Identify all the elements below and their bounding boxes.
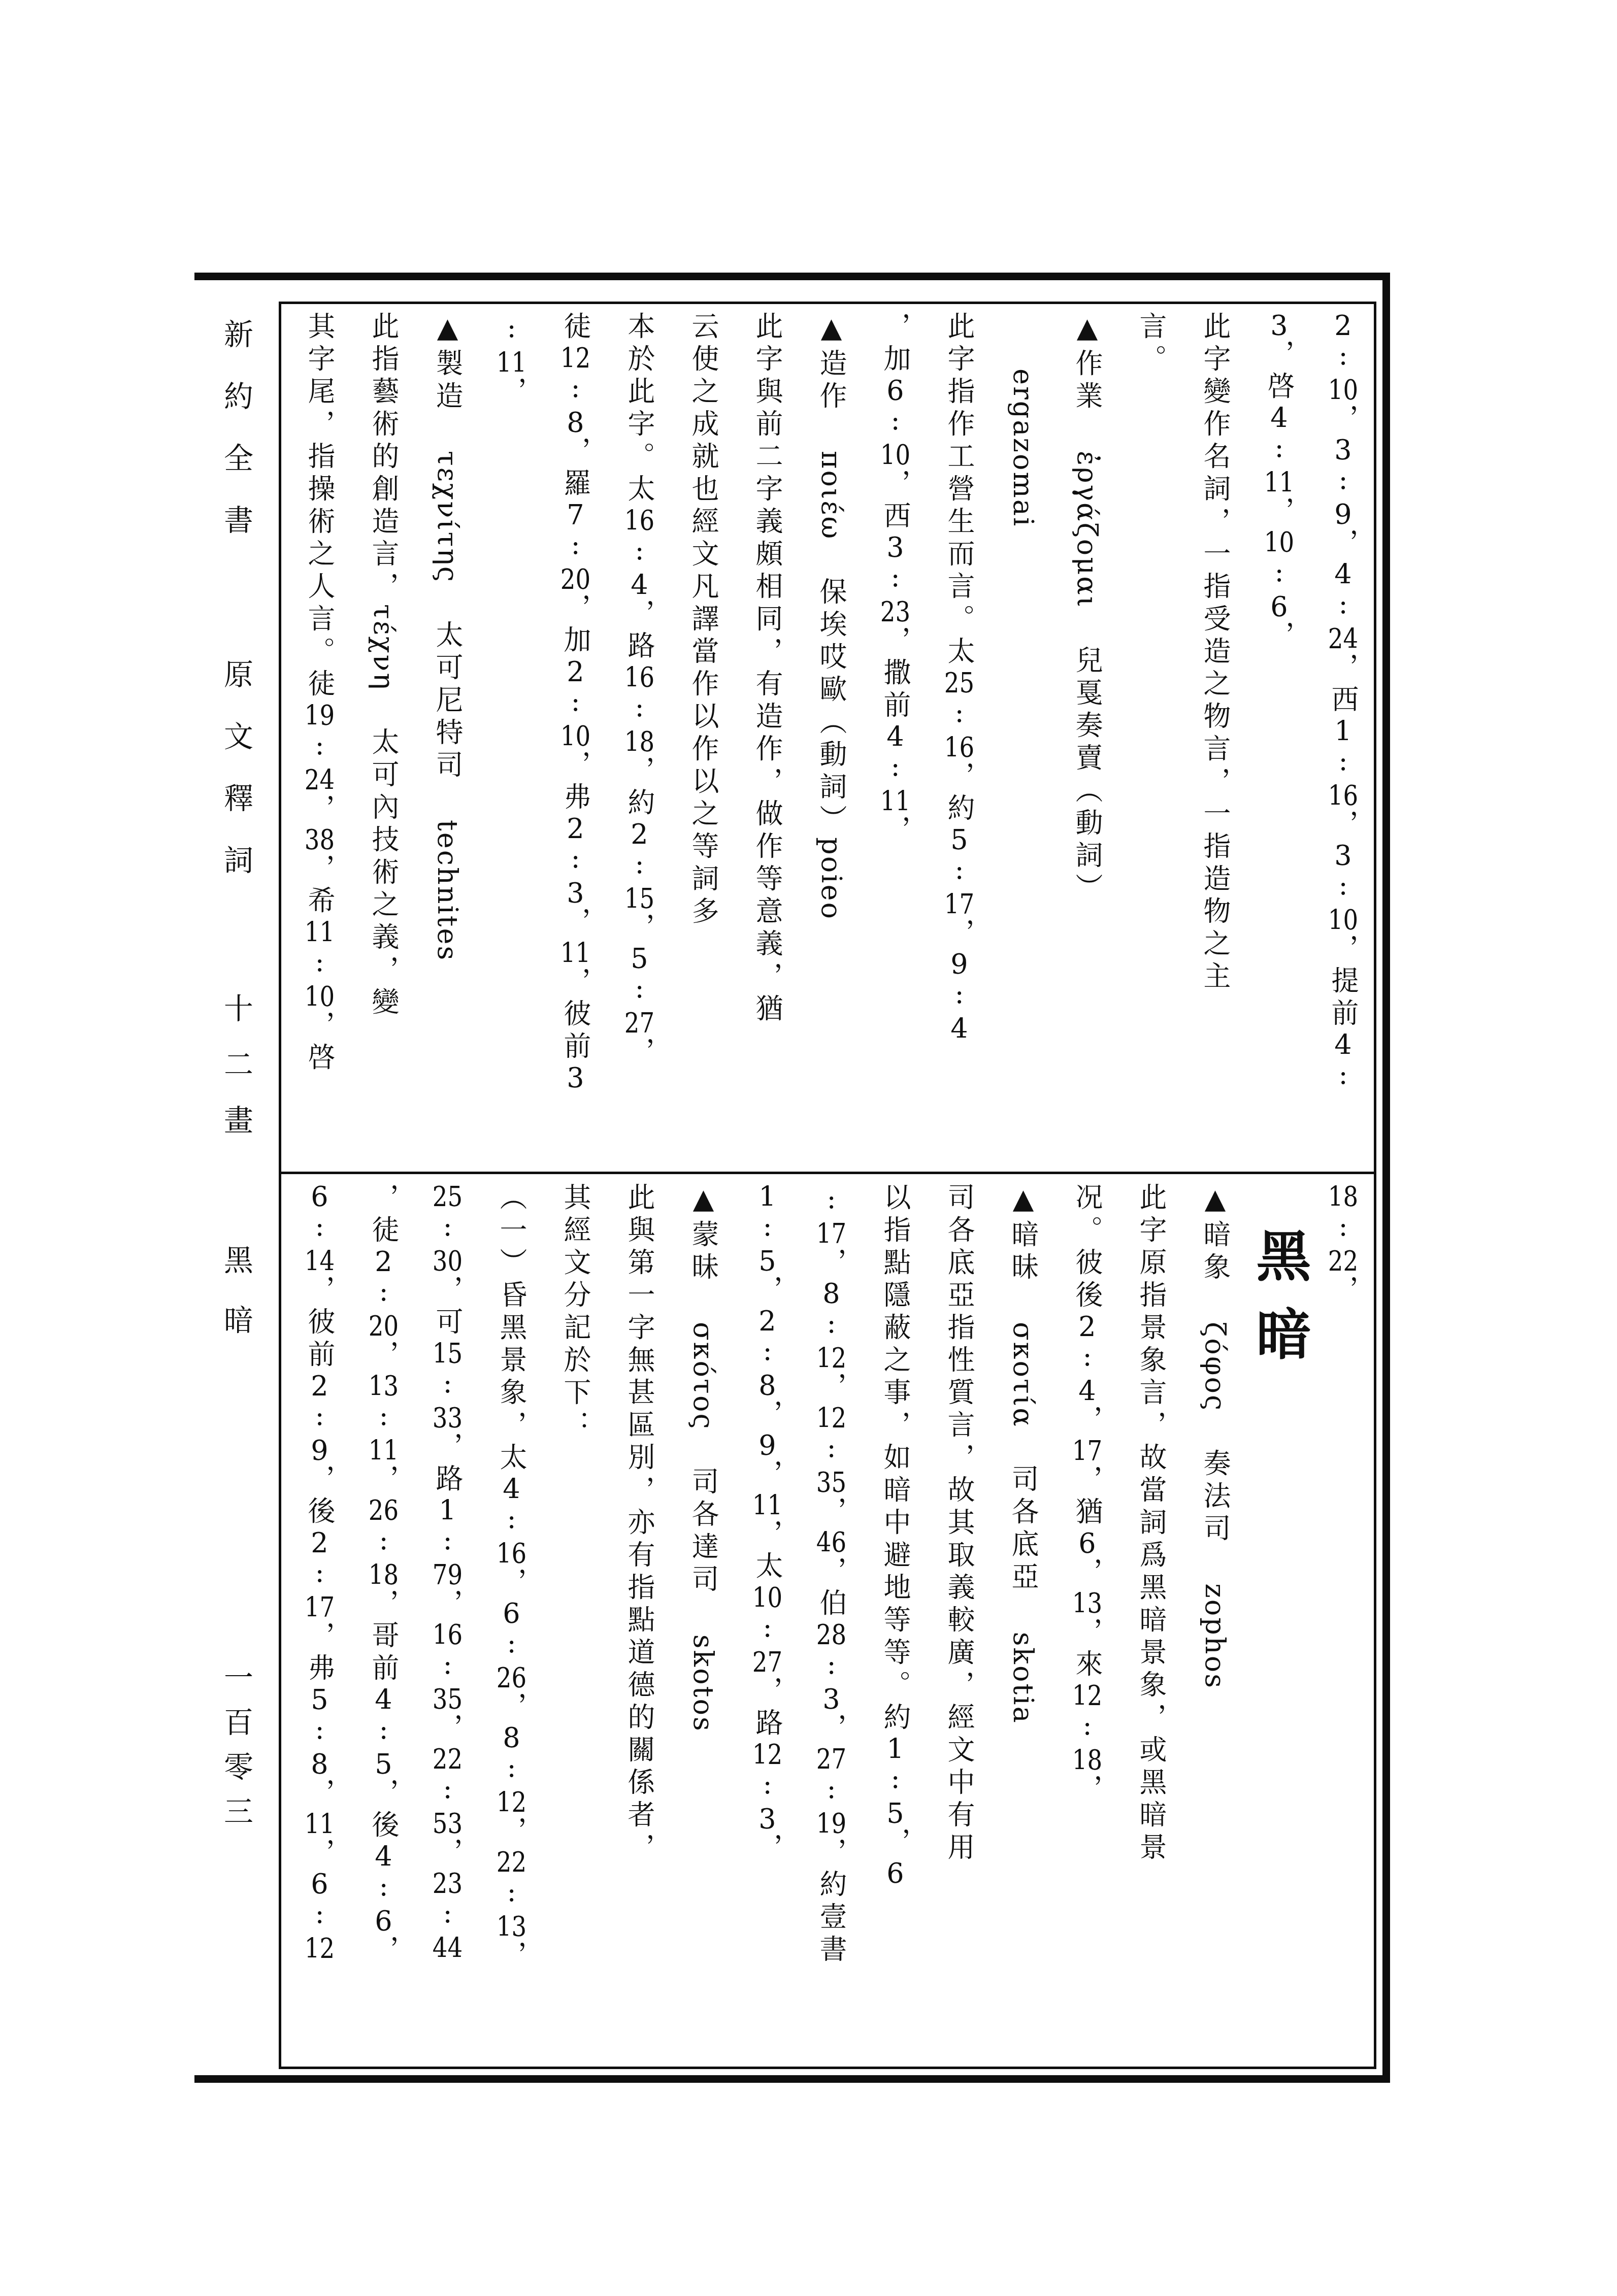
- text-column: 6:14，彼前2:9，後2:17，弗5:8，11，6:12: [287, 1183, 351, 2066]
- verse-number: 5: [623, 945, 655, 972]
- verse-number: 9: [751, 1432, 783, 1459]
- text-column: 此指藝術的創造言，τέχνη 太可內技術之義，變: [351, 312, 415, 1167]
- verse-number: 22: [496, 1848, 527, 1876]
- verse-number: 11: [496, 349, 527, 376]
- verse-number: 1: [879, 1735, 911, 1762]
- verse-number: 10: [304, 983, 336, 1010]
- romanized-word: ἐργάζομαι: [1071, 451, 1103, 609]
- text-column: 司各底亞指性質言，故其取義較廣，經文中有用: [927, 1183, 991, 2066]
- verse-number: 19: [815, 1810, 847, 1837]
- verse-number: 2: [623, 820, 655, 848]
- verse-number: 33: [432, 1404, 464, 1432]
- verse-number: 4: [496, 1475, 527, 1503]
- verse-number: 2: [751, 1307, 783, 1335]
- verse-number: 11: [559, 939, 591, 967]
- verse-number: 15: [623, 885, 655, 912]
- verse-number: 4: [1263, 404, 1295, 431]
- text-column: 本於此字。太16:4，路16:18，約2:15，5:27，: [607, 312, 671, 1167]
- verse-number: 18: [368, 1561, 400, 1588]
- verse-number: 11: [304, 1810, 336, 1838]
- verse-number: 11: [751, 1491, 783, 1519]
- romanized-word: τέχνη: [368, 604, 400, 691]
- text-column: 此字與前二字義頗相同，有造作，做作等意義，猶: [735, 312, 799, 1167]
- verse-number: 24: [304, 766, 336, 793]
- verse-number: 3: [815, 1685, 847, 1713]
- verse-number: 11: [879, 787, 911, 815]
- verse-number: 20: [368, 1312, 400, 1340]
- romanized-word: ζόφος: [1199, 1322, 1231, 1412]
- verse-number: 5: [304, 1686, 336, 1713]
- text-column: 徒12:8，羅7:20，加2:10，弗2:3，11，彼前3: [543, 312, 607, 1167]
- verse-number: 4: [943, 1015, 975, 1042]
- verse-number: 3: [879, 534, 911, 561]
- verse-number: 16: [623, 663, 655, 691]
- text-column: :11，: [479, 312, 543, 1167]
- verse-number: 12: [559, 344, 591, 372]
- verse-number: 10: [1263, 528, 1295, 556]
- verse-number: 30: [432, 1247, 464, 1275]
- verse-number: 24: [1327, 625, 1359, 652]
- romanized-word: τεχνίτης: [432, 451, 464, 583]
- verse-number: 17: [304, 1593, 336, 1621]
- text-column: 其經文分記於下：: [543, 1183, 607, 2066]
- verse-number: 3: [559, 1064, 591, 1091]
- text-column: 25:30，可15:33，路1:79，16:35，22:53，23:44: [415, 1183, 479, 2066]
- verse-number: 8: [496, 1724, 527, 1751]
- text-column: 3，啓4:11，10:6，: [1247, 312, 1311, 1167]
- romanized-word: ergazomai: [1007, 369, 1039, 527]
- verse-number: 16: [432, 1621, 464, 1648]
- text-column: 此字變作名詞，一指受造之物言，一指造物之主: [1183, 312, 1247, 1167]
- outer-border-bottom: [194, 2075, 1390, 2083]
- verse-number: 6: [1263, 593, 1295, 620]
- romanized-word: zophos: [1199, 1583, 1231, 1689]
- verse-number: 5: [368, 1750, 400, 1778]
- entry-title-column: ▲製造 τεχνίτης 太可尼特司 technites: [415, 312, 479, 1167]
- outer-border-top: [194, 273, 1390, 280]
- verse-number: 25: [432, 1183, 464, 1210]
- verse-number: 6: [879, 1859, 911, 1887]
- verse-number: 11: [368, 1437, 400, 1464]
- verse-number: 27: [751, 1648, 783, 1676]
- romanized-word: technites: [432, 820, 464, 961]
- romanized-word: skotia: [1007, 1632, 1039, 1724]
- verse-number: 6: [304, 1183, 336, 1210]
- verse-number: 12: [751, 1741, 783, 1768]
- verse-number: 53: [432, 1810, 464, 1837]
- text-column: 此與第一字無甚區別，亦有指點道德的關係者，: [607, 1183, 671, 2066]
- verse-number: 4: [879, 723, 911, 750]
- text-column: 以指點隱蔽之事，如暗中避地等等。約1:5，6: [863, 1183, 927, 2066]
- verse-number: 18: [623, 728, 655, 755]
- verse-number: 35: [815, 1469, 847, 1496]
- verse-number: 10: [1327, 376, 1359, 404]
- verse-number: 18: [1071, 1746, 1103, 1774]
- entry-title-column: ▲造作 ποιέω 保埃哎歐（動詞）poieo: [799, 312, 863, 1167]
- verse-number: 16: [943, 734, 975, 761]
- verse-number: 38: [304, 826, 336, 853]
- verse-number: 4: [368, 1843, 400, 1870]
- verse-number: 11: [1263, 469, 1295, 496]
- verse-number: 28: [815, 1621, 847, 1648]
- verse-number: 2: [368, 1248, 400, 1275]
- verse-number: 4: [368, 1686, 400, 1713]
- section-headword-label: 黑暗: [208, 1245, 264, 1365]
- verse-number: 3: [1263, 312, 1295, 339]
- verse-number: 44: [432, 1934, 464, 1961]
- verse-number: 10: [559, 722, 591, 750]
- verse-number: 11: [304, 918, 336, 946]
- verse-number: 3: [751, 1805, 783, 1833]
- verse-number: 12: [304, 1935, 336, 1962]
- verse-number: 27: [815, 1745, 847, 1773]
- verse-number: 10: [879, 441, 911, 469]
- transliteration-column: ergazomai: [991, 312, 1055, 1167]
- verse-number: 12: [815, 1404, 847, 1432]
- verse-number: 19: [304, 702, 336, 729]
- stroke-section-label: 十二畫: [208, 993, 264, 1160]
- verse-number: 6: [496, 1600, 527, 1627]
- verse-number: 4: [1327, 1031, 1359, 1058]
- verse-number: 14: [304, 1247, 336, 1275]
- outer-border-right: [1382, 273, 1390, 2082]
- verse-number: 6: [879, 377, 911, 404]
- verse-number: 4: [1071, 1377, 1103, 1405]
- text-column: 其字尾，指操術之人言。徒19:24，38，希11:10，啓: [287, 312, 351, 1167]
- verse-number: 27: [623, 1009, 655, 1037]
- verse-number: 35: [432, 1685, 464, 1713]
- verse-number: 17: [815, 1220, 847, 1247]
- verse-number: 1: [1327, 717, 1359, 745]
- verse-number: 25: [943, 669, 975, 696]
- verse-number: 9: [304, 1437, 336, 1464]
- verse-number: 12: [1071, 1682, 1103, 1709]
- verse-number: 13: [496, 1913, 527, 1940]
- verse-number: 4: [623, 571, 655, 598]
- verse-number: 12: [496, 1788, 527, 1816]
- verse-number: 7: [559, 501, 591, 528]
- verse-number: 26: [496, 1664, 527, 1691]
- verse-number: 6: [1071, 1529, 1103, 1557]
- verse-number: 22: [1327, 1247, 1359, 1275]
- verse-number: 8: [304, 1750, 336, 1778]
- text-column: 云使之成就也經文凡譯當作以作以之等詞多: [671, 312, 735, 1167]
- verse-number: 13: [368, 1372, 400, 1400]
- verse-number: 10: [751, 1584, 783, 1611]
- text-column: 此字指作工營生而言。太25:16，約5:17，9:4: [927, 312, 991, 1167]
- verse-number: 16: [623, 507, 655, 534]
- verse-number: 23: [432, 1870, 464, 1897]
- text-column: ，徒2:20，13:11，26:18，哥前4:5，後4:6，: [351, 1183, 415, 2066]
- verse-number: 23: [879, 598, 911, 625]
- verse-number: 17: [1071, 1437, 1103, 1465]
- verse-number: 5: [751, 1247, 783, 1275]
- verse-number: 13: [1071, 1589, 1103, 1617]
- entry-title-column: ▲蒙昧 σκότος 司各達司 skotos: [671, 1183, 735, 2066]
- verse-number: 3: [559, 879, 591, 907]
- verse-number: 6: [368, 1907, 400, 1935]
- text-column: （一）昏黑景象，太4:16，6:26，8:12，22:13，: [479, 1183, 543, 2066]
- verse-number: 10: [1327, 906, 1359, 934]
- lower-register: 18:22，黑暗▲暗象 ζόφος 奏法司 zophos此字原指景象言，故當詞爲…: [285, 1183, 1375, 2066]
- verse-number: 4: [1327, 560, 1359, 588]
- verse-number: 18: [1327, 1183, 1359, 1210]
- register-divider: [281, 1172, 1374, 1174]
- headword-column: 黑暗: [1247, 1183, 1311, 2066]
- verse-number: 15: [432, 1340, 464, 1367]
- verse-number: 8: [815, 1280, 847, 1307]
- book-title: 新約全書: [208, 319, 264, 567]
- romanized-word: σκότος: [687, 1322, 719, 1430]
- book-subtitle: 原文釋詞: [208, 659, 264, 907]
- verse-number: 2: [1071, 1313, 1103, 1340]
- verse-number: 16: [1327, 782, 1359, 809]
- entry-title-column: ▲作業 ἐργάζομαι 兒戛奏賣（動詞）: [1055, 312, 1119, 1167]
- romanized-word: skotos: [687, 1635, 719, 1733]
- verse-number: 2: [559, 815, 591, 842]
- verse-number: 17: [943, 890, 975, 918]
- entry-title-column: ▲暗象 ζόφος 奏法司 zophos: [1183, 1183, 1247, 2066]
- text-column: 言。: [1119, 312, 1183, 1167]
- verse-number: 2: [304, 1372, 336, 1400]
- entry-title-column: ▲暗昧 σκοτία 司各底亞 skotia: [991, 1183, 1055, 2066]
- verse-number: 79: [432, 1561, 464, 1588]
- verse-number: 20: [559, 565, 591, 593]
- text-column: 18:22，: [1311, 1183, 1375, 2066]
- verse-number: 5: [943, 826, 975, 853]
- verse-number: 3: [1327, 842, 1359, 869]
- verse-number: 2: [559, 658, 591, 685]
- page-number: 一百零三: [208, 1662, 264, 1841]
- verse-number: 46: [815, 1528, 847, 1556]
- romanized-word: σκοτία: [1007, 1322, 1039, 1428]
- verse-number: 12: [815, 1344, 847, 1372]
- text-column: 2:10，3:9，4:24，西1:16，3:10，提前4:: [1311, 312, 1375, 1167]
- upper-register: 2:10，3:9，4:24，西1:16，3:10，提前4:3，啓4:11，10:…: [285, 312, 1375, 1167]
- verse-number: 26: [368, 1496, 400, 1524]
- verse-number: 1: [432, 1496, 464, 1524]
- verse-number: 1: [751, 1183, 783, 1210]
- verse-number: 2: [1327, 312, 1359, 339]
- verse-number: 9: [943, 950, 975, 978]
- verse-number: 3: [1327, 436, 1359, 463]
- text-column: ，加6:10，西3:23，撒前4:11，: [863, 312, 927, 1167]
- text-column: 1:5，2:8，9，11，太10:27，路12:3，: [735, 1183, 799, 2066]
- verse-number: 6: [304, 1870, 336, 1898]
- text-column: 况。彼後2:4，17，猶6，13，來12:18，: [1055, 1183, 1119, 2066]
- scanned-book-page: 新約全書 原文釋詞 十二畫 黑暗 一百零三 2:10，3:9，4:24，西1:1…: [0, 0, 1617, 2296]
- verse-number: 2: [304, 1529, 336, 1556]
- text-column: 此字原指景象言，故當詞爲黑暗景象，或黑暗景: [1119, 1183, 1183, 2066]
- verse-number: 9: [1327, 501, 1359, 528]
- verse-number: 16: [496, 1540, 527, 1567]
- text-column: :17，8:12，12:35，46，伯28:3，27:19，約壹書: [799, 1183, 863, 2066]
- romanized-word: ποιέω: [815, 451, 847, 540]
- verse-number: 8: [559, 409, 591, 436]
- verse-number: 5: [879, 1800, 911, 1827]
- verse-number: 8: [751, 1372, 783, 1399]
- romanized-word: poieo: [815, 837, 847, 920]
- verse-number: 22: [432, 1745, 464, 1773]
